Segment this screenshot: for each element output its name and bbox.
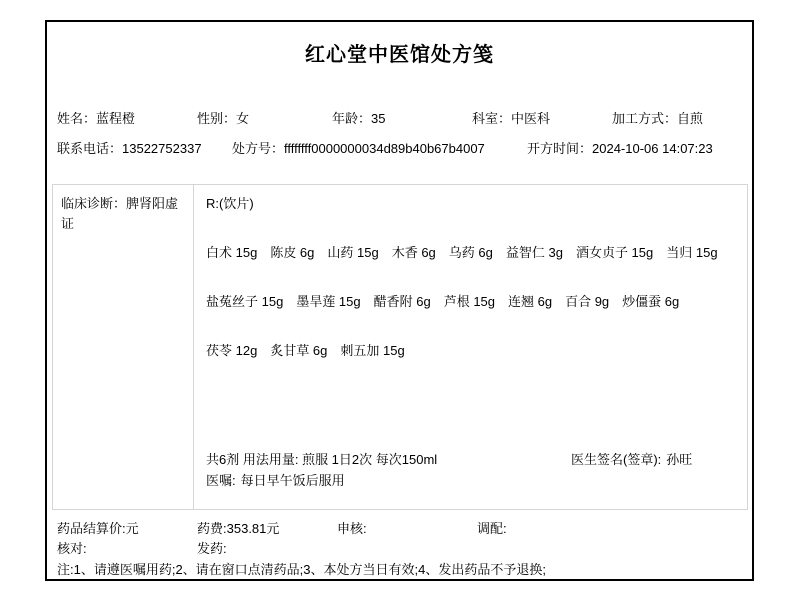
field-value: 13522752337 (122, 141, 202, 156)
footer-field: 发药: (197, 538, 227, 557)
footer-field: 调配: (477, 518, 507, 537)
herb-item: 连翘 6g (508, 294, 552, 309)
herb-item: 陈皮 6g (270, 245, 314, 260)
patient-info-field: 加工方式：自煎 (612, 108, 703, 127)
advice-text: 每日早午饭后服用 (241, 473, 345, 488)
patient-info-field: 性别：女 (197, 108, 249, 127)
herb-item: 茯苓 12g (206, 343, 257, 358)
footer-row-2: 核对:发药: (47, 538, 752, 555)
field-label: 调配: (477, 521, 507, 536)
patient-info-field: 处方号：ffffffff0000000034d89b40b67b4007 (232, 138, 485, 157)
field-label: 性别： (197, 111, 236, 126)
footer-field: 药费:353.81元 (197, 518, 279, 537)
field-label: 姓名： (57, 111, 96, 126)
doctor-signature: 医生签名(签章):孙旺 (571, 451, 692, 468)
patient-info-field: 姓名：蓝程橙 (57, 108, 135, 127)
herb-item: 盐菟丝子 15g (206, 294, 283, 309)
usage-text: 共6剂 用法用量: 煎服 1日2次 每次150ml (206, 452, 437, 467)
herb-item: 刺五加 15g (340, 343, 404, 358)
advice-label: 医嘱: (206, 473, 236, 488)
herb-item: 当归 15g (666, 245, 717, 260)
herb-line-2: 盐菟丝子 15g墨旱莲 15g醋香附 6g芦根 15g连翘 6g百合 9g炒僵蚕… (206, 293, 735, 310)
field-value: 女 (236, 111, 249, 126)
patient-info-field: 开方时间：2024-10-06 14:07:23 (527, 138, 713, 157)
field-label: 科室： (472, 111, 511, 126)
herb-line-3: 茯苓 12g炙甘草 6g刺五加 15g (206, 342, 735, 359)
patient-info-row-1: 姓名：蓝程橙性别：女年龄：35科室：中医科加工方式：自煎 (47, 108, 752, 125)
herb-item: 乌药 6g (449, 245, 493, 260)
field-label: 药品结算价: (57, 521, 126, 536)
patient-info-field: 年龄：35 (332, 108, 385, 127)
diagnosis-cell: 临床诊断：脾肾阳虚证 (53, 185, 194, 509)
rx-header: R:(饮片) (206, 195, 735, 212)
footer-note: 注:1、请遵医嘱用药;2、请在窗口点清药品;3、本处方当日有效;4、发出药品不予… (57, 559, 546, 578)
doctor-signature-label: 医生签名(签章): (571, 452, 661, 467)
field-label: 加工方式： (612, 111, 677, 126)
page-title: 红心堂中医馆处方笺 (47, 38, 752, 67)
field-label: 发药: (197, 541, 227, 556)
herb-item: 墨旱莲 15g (296, 294, 360, 309)
prescription-body: 临床诊断：脾肾阳虚证 R:(饮片) 白术 15g陈皮 6g山药 15g木香 6g… (52, 184, 748, 510)
field-label: 开方时间： (527, 141, 592, 156)
field-label: 年龄： (332, 111, 371, 126)
footer-field: 核对: (57, 538, 87, 557)
footer-field: 药品结算价:元 (57, 518, 139, 537)
patient-info-field: 科室：中医科 (472, 108, 550, 127)
herb-item: 炙甘草 6g (270, 343, 327, 358)
field-label: 联系电话： (57, 141, 122, 156)
herb-item: 白术 15g (206, 245, 257, 260)
herb-item: 木香 6g (392, 245, 436, 260)
field-label: 核对: (57, 541, 87, 556)
field-value: 2024-10-06 14:07:23 (592, 141, 713, 156)
field-value: 蓝程橙 (96, 111, 135, 126)
patient-info-field: 联系电话：13522752337 (57, 138, 202, 157)
herb-item: 芦根 15g (444, 294, 495, 309)
field-label: 申核: (337, 521, 367, 536)
doctor-signature-name: 孙旺 (666, 452, 692, 467)
usage-row: 共6剂 用法用量: 煎服 1日2次 每次150ml 医生签名(签章):孙旺 (206, 451, 735, 468)
patient-info-row-2: 联系电话：13522752337处方号：ffffffff0000000034d8… (47, 138, 752, 155)
prescription-sheet: 红心堂中医馆处方笺 姓名：蓝程橙性别：女年龄：35科室：中医科加工方式：自煎 联… (45, 20, 754, 581)
herb-item: 酒女贞子 15g (576, 245, 653, 260)
footer-field: 申核: (337, 518, 367, 537)
diagnosis-label: 临床诊断： (61, 196, 126, 211)
herb-item: 山药 15g (327, 245, 378, 260)
rx-footer: 共6剂 用法用量: 煎服 1日2次 每次150ml 医生签名(签章):孙旺 医嘱… (206, 451, 735, 489)
field-value: ffffffff0000000034d89b40b67b4007 (284, 141, 485, 156)
field-value: 自煎 (677, 111, 703, 126)
herb-item: 炒僵蚕 6g (622, 294, 679, 309)
field-value: 中医科 (511, 111, 550, 126)
herb-item: 百合 9g (565, 294, 609, 309)
field-value: 353.81元 (227, 521, 280, 536)
herb-item: 益智仁 3g (506, 245, 563, 260)
field-label: 药费: (197, 521, 227, 536)
footer-row-1: 药品结算价:元药费:353.81元申核:调配: (47, 518, 752, 535)
field-label: 处方号： (232, 141, 284, 156)
advice-row: 医嘱:每日早午饭后服用 (206, 472, 735, 489)
herb-line-1: 白术 15g陈皮 6g山药 15g木香 6g乌药 6g益智仁 3g酒女贞子 15… (206, 244, 735, 261)
field-value: 元 (126, 521, 139, 536)
herb-item: 醋香附 6g (374, 294, 431, 309)
field-value: 35 (371, 111, 385, 126)
rx-cell: R:(饮片) 白术 15g陈皮 6g山药 15g木香 6g乌药 6g益智仁 3g… (194, 185, 747, 509)
